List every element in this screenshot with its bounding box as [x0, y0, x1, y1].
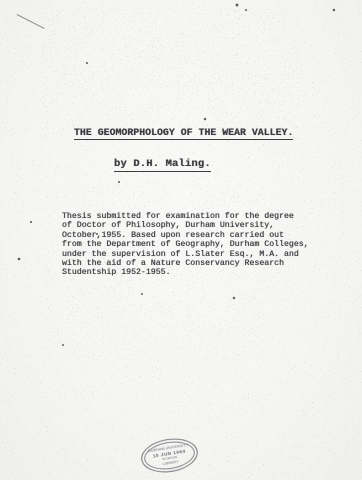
library-stamp: DURHAM UNIVERSITY 10 JUN 1964 SCIENCE LI…	[139, 435, 200, 477]
page-title-text: THE GEOMORPHOLOGY OF THE WEAR VALLEY.	[74, 127, 293, 140]
thesis-statement: Thesis submitted for examination for the…	[62, 212, 318, 278]
scratch-mark	[16, 14, 44, 29]
author-line-text: by D.H. Maling.	[114, 158, 211, 172]
page-title: THE GEOMORPHOLOGY OF THE WEAR VALLEY.	[74, 127, 293, 138]
ink-specks	[0, 0, 2, 2]
scanned-page: THE GEOMORPHOLOGY OF THE WEAR VALLEY. by…	[0, 0, 362, 480]
author-line: by D.H. Maling.	[114, 158, 211, 170]
library-stamp-border: DURHAM UNIVERSITY 10 JUN 1964 SCIENCE LI…	[142, 438, 197, 473]
